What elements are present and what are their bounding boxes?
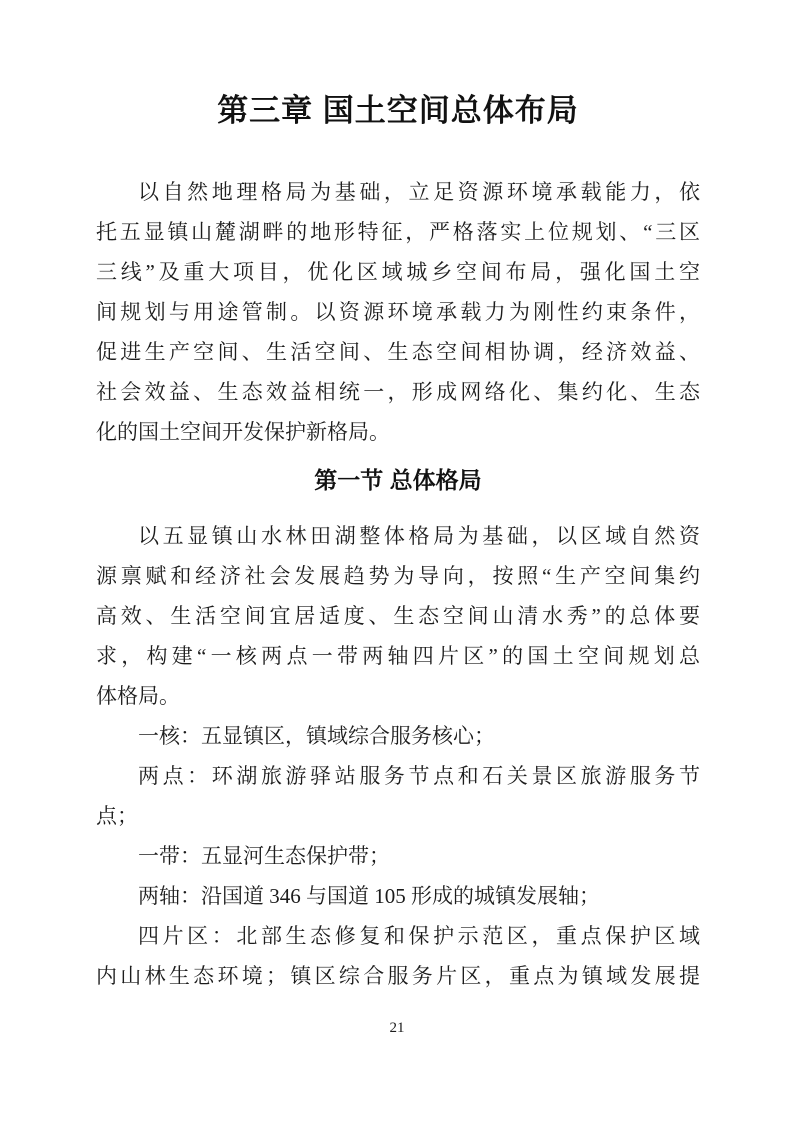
text-line: 社会效益、生态效益相统一，形成网络化、集约化、生态 [96,372,700,412]
chapter-title: 第三章 国土空间总体布局 [96,0,700,131]
structure-item-belt: 一带：五显河生态保护带； [96,836,700,876]
structure-list: 一核：五显镇区，镇域综合服务核心； 两点：环湖旅游驿站服务节点和石关景区旅游服务… [96,716,700,996]
text-line: 三线”及重大项目，优化区域城乡空间布局，强化国土空 [96,252,700,292]
chapter-intro-paragraph: 以自然地理格局为基础，立足资源环境承载能力，依 托五显镇山麓湖畔的地形特征，严格… [96,172,700,452]
text-line: 促进生产空间、生活空间、生态空间相协调，经济效益、 [96,332,700,372]
structure-item-core: 一核：五显镇区，镇域综合服务核心； [96,716,700,756]
text-line: 托五显镇山麓湖畔的地形特征，严格落实上位规划、“三区 [96,212,700,252]
text-line: 体格局。 [96,676,700,716]
text-line: 以五显镇山水林田湖整体格局为基础，以区域自然资 [96,516,700,556]
structure-item-districts: 四片区：北部生态修复和保护示范区，重点保护区域 [96,916,700,956]
text-line: 高效、生活空间宜居适度、生态空间山清水秀”的总体要 [96,596,700,636]
document-page: 第三章 国土空间总体布局 以自然地理格局为基础，立足资源环境承载能力，依 托五显… [0,0,794,1122]
text-line: 间规划与用途管制。以资源环境承载力为刚性约束条件， [96,292,700,332]
structure-item-axes: 两轴：沿国道 346 与国道 105 形成的城镇发展轴； [96,876,700,916]
text-line: 以自然地理格局为基础，立足资源环境承载能力，依 [96,172,700,212]
structure-item-points-continued: 点； [96,796,700,836]
text-line: 源禀赋和经济社会发展趋势为导向，按照“生产空间集约 [96,556,700,596]
page-number: 21 [0,1018,794,1038]
structure-item-districts-continued: 内山林生态环境；镇区综合服务片区，重点为镇域发展提 [96,956,700,996]
page-content: 第三章 国土空间总体布局 以自然地理格局为基础，立足资源环境承载能力，依 托五显… [96,0,700,996]
section-intro-paragraph: 以五显镇山水林田湖整体格局为基础，以区域自然资 源禀赋和经济社会发展趋势为导向，… [96,516,700,716]
section-title: 第一节 总体格局 [96,460,700,500]
text-line: 求，构建“一核两点一带两轴四片区”的国土空间规划总 [96,636,700,676]
text-line: 化的国土空间开发保护新格局。 [96,412,700,452]
structure-item-points: 两点：环湖旅游驿站服务节点和石关景区旅游服务节 [96,756,700,796]
